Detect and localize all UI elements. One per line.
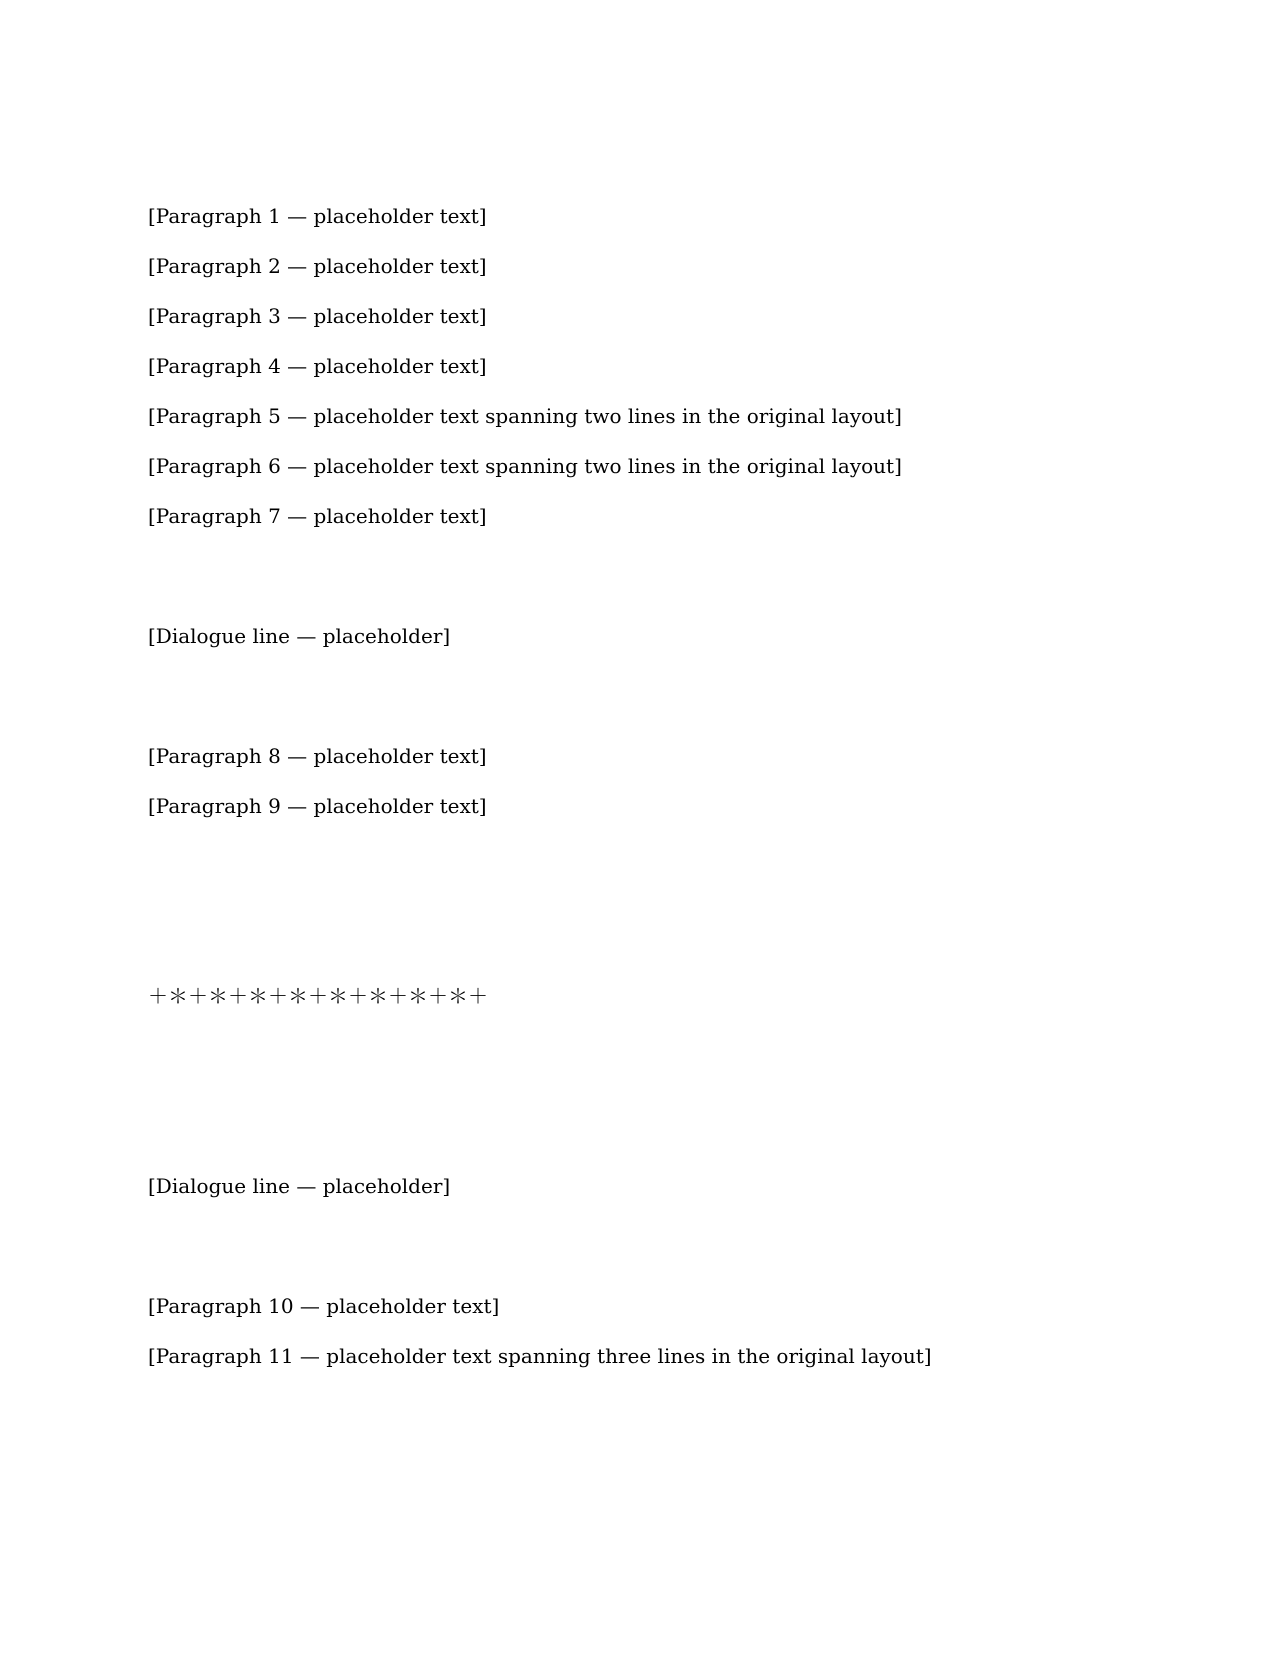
- paragraph: [Paragraph 5 — placeholder text spanning…: [148, 400, 1138, 432]
- document-page: [Paragraph 1 — placeholder text] [Paragr…: [148, 200, 1138, 1390]
- paragraph: [Paragraph 3 — placeholder text]: [148, 300, 1138, 332]
- paragraph: [Paragraph 2 — placeholder text]: [148, 250, 1138, 282]
- dialogue-line: [Dialogue line — placeholder]: [148, 1170, 1138, 1202]
- paragraph: [Paragraph 1 — placeholder text]: [148, 200, 1138, 232]
- paragraph: [Paragraph 11 — placeholder text spannin…: [148, 1340, 1138, 1372]
- paragraph: [Paragraph 4 — placeholder text]: [148, 350, 1138, 382]
- section-divider: ＋＊＋＊＋＊＋＊＋＊＋＊＋＊＋＊＋: [148, 980, 1138, 1012]
- paragraph: [Paragraph 8 — placeholder text]: [148, 740, 1138, 772]
- paragraph: [Paragraph 10 — placeholder text]: [148, 1290, 1138, 1322]
- paragraph: [Paragraph 6 — placeholder text spanning…: [148, 450, 1138, 482]
- paragraph: [Paragraph 7 — placeholder text]: [148, 500, 1138, 532]
- dialogue-line: [Dialogue line — placeholder]: [148, 620, 1138, 652]
- paragraph: [Paragraph 9 — placeholder text]: [148, 790, 1138, 822]
